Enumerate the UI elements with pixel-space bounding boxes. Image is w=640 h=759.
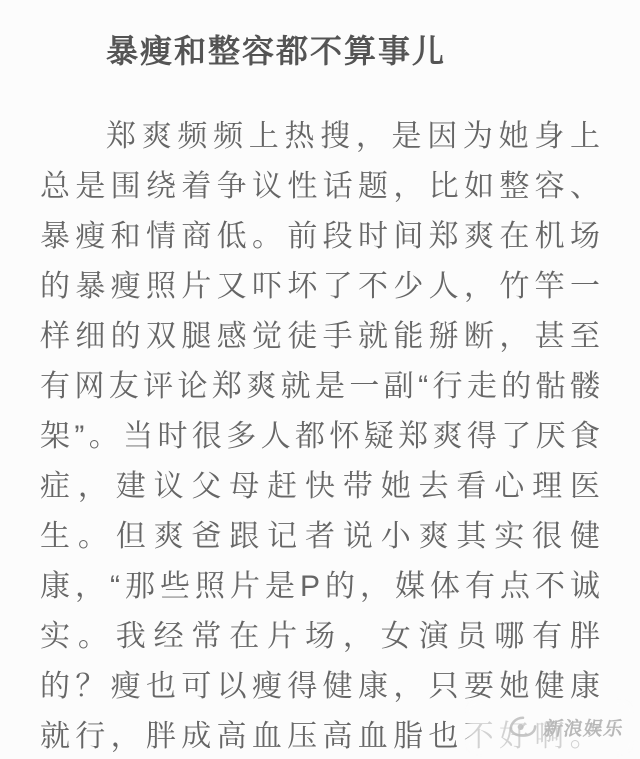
- article-line: 康，“那些照片是P的，媒体有点不诚: [40, 562, 600, 612]
- article-page: 暴瘦和整容都不算事儿 郑爽频频上热搜，是因为她身上 总是围绕着争议性话题，比如整…: [0, 0, 640, 759]
- article-line: 生。但爽爸跟记者说小爽其实很健: [40, 512, 600, 562]
- article-line: 实。我经常在片场，女演员哪有胖: [40, 612, 600, 662]
- watermark: 新浪娱乐: [508, 707, 624, 747]
- sina-eye-icon: [508, 714, 538, 740]
- article-line: 样细的双腿感觉徒手就能掰断，甚至: [40, 312, 600, 362]
- article-heading: 暴瘦和整容都不算事儿: [40, 30, 600, 72]
- article-line: 的暴瘦照片又吓坏了不少人，竹竿一: [40, 262, 600, 312]
- article-line: 郑爽频频上热搜，是因为她身上: [40, 112, 600, 162]
- article-line: 架”。当时很多人都怀疑郑爽得了厌食: [40, 412, 600, 462]
- article-line: 有网友评论郑爽就是一副“行走的骷髅: [40, 362, 600, 412]
- article-line: 暴瘦和情商低。前段时间郑爽在机场: [40, 212, 600, 262]
- article-body: 郑爽频频上热搜，是因为她身上 总是围绕着争议性话题，比如整容、 暴瘦和情商低。前…: [40, 112, 600, 759]
- article-line: 总是围绕着争议性话题，比如整容、: [40, 162, 600, 212]
- watermark-label: 新浪娱乐: [542, 714, 627, 741]
- article-line: 症，建议父母赶快带她去看心理医: [40, 462, 600, 512]
